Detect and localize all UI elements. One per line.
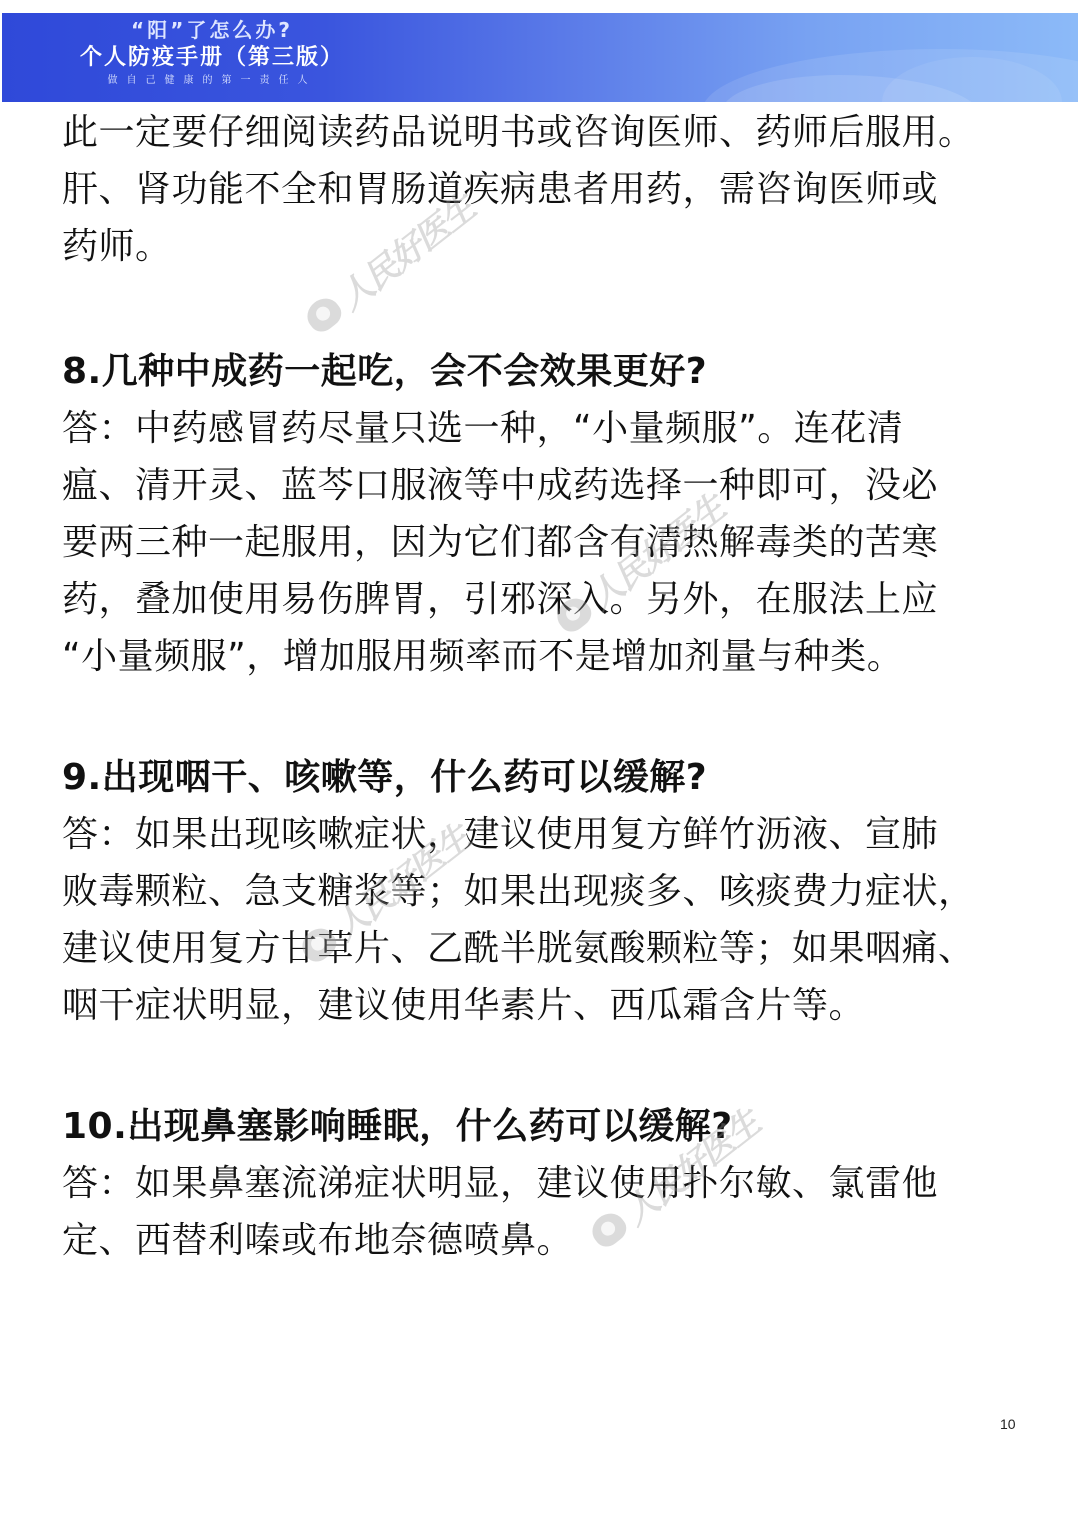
qa-section-10: 10.出现鼻塞影响睡眠，什么药可以缓解? 答：如果鼻塞流涕症状明显，建议使用扑尔…	[62, 1098, 1052, 1269]
answer-line: 定、西替利嗪或布地奈德喷鼻。	[62, 1212, 1052, 1269]
question-heading: 9.出现咽干、咳嗽等，什么药可以缓解?	[62, 749, 1052, 806]
answer-line: 答：如果鼻塞流涕症状明显，建议使用扑尔敏、氯雷他	[62, 1155, 1052, 1212]
qa-section-8: 8.几种中成药一起吃，会不会效果更好? 答：中药感冒药尽量只选一种，“小量频服”…	[62, 343, 1052, 685]
answer-line: 瘟、清开灵、蓝芩口服液等中成药选择一种即可，没必	[62, 457, 1052, 514]
answer-line: “小量频服”，增加服用频率而不是增加剂量与种类。	[62, 628, 1052, 685]
answer-line: 药，叠加使用易伤脾胃，引邪深入。另外，在服法上应	[62, 571, 1052, 628]
page-number: 10	[1000, 1416, 1016, 1432]
answer-line: 建议使用复方甘草片、乙酰半胱氨酸颗粒等；如果咽痛、	[62, 920, 1052, 977]
text-line: 药师。	[62, 218, 1052, 275]
qa-section-9: 9.出现咽干、咳嗽等，什么药可以缓解? 答：如果出现咳嗽症状，建议使用复方鲜竹沥…	[62, 749, 1052, 1034]
intro-paragraph: 此一定要仔细阅读药品说明书或咨询医师、药师后服用。 肝、肾功能不全和胃肠道疾病患…	[62, 104, 1052, 275]
question-heading: 8.几种中成药一起吃，会不会效果更好?	[62, 343, 1052, 400]
banner-slogan: 做自己健康的第一责任人	[62, 73, 362, 89]
document-content: 此一定要仔细阅读药品说明书或咨询医师、药师后服用。 肝、肾功能不全和胃肠道疾病患…	[62, 104, 1052, 1269]
banner-text-block: “阳”了怎么办? 个人防疫手册（第三版） 做自己健康的第一责任人	[62, 17, 362, 89]
question-heading: 10.出现鼻塞影响睡眠，什么药可以缓解?	[62, 1098, 1052, 1155]
answer-line: 答：如果出现咳嗽症状，建议使用复方鲜竹沥液、宣肺	[62, 806, 1052, 863]
banner-subtitle: “阳”了怎么办?	[62, 17, 362, 43]
answer-line: 要两三种一起服用，因为它们都含有清热解毒类的苦寒	[62, 514, 1052, 571]
banner-title: 个人防疫手册（第三版）	[62, 43, 362, 73]
header-banner: “阳”了怎么办? 个人防疫手册（第三版） 做自己健康的第一责任人	[2, 13, 1078, 102]
answer-line: 答：中药感冒药尽量只选一种，“小量频服”。连花清	[62, 400, 1052, 457]
answer-line: 咽干症状明显，建议使用华素片、西瓜霜含片等。	[62, 977, 1052, 1034]
answer-line: 败毒颗粒、急支糖浆等；如果出现痰多、咳痰费力症状，	[62, 863, 1052, 920]
text-line: 肝、肾功能不全和胃肠道疾病患者用药，需咨询医师或	[62, 161, 1052, 218]
text-line: 此一定要仔细阅读药品说明书或咨询医师、药师后服用。	[62, 104, 1052, 161]
